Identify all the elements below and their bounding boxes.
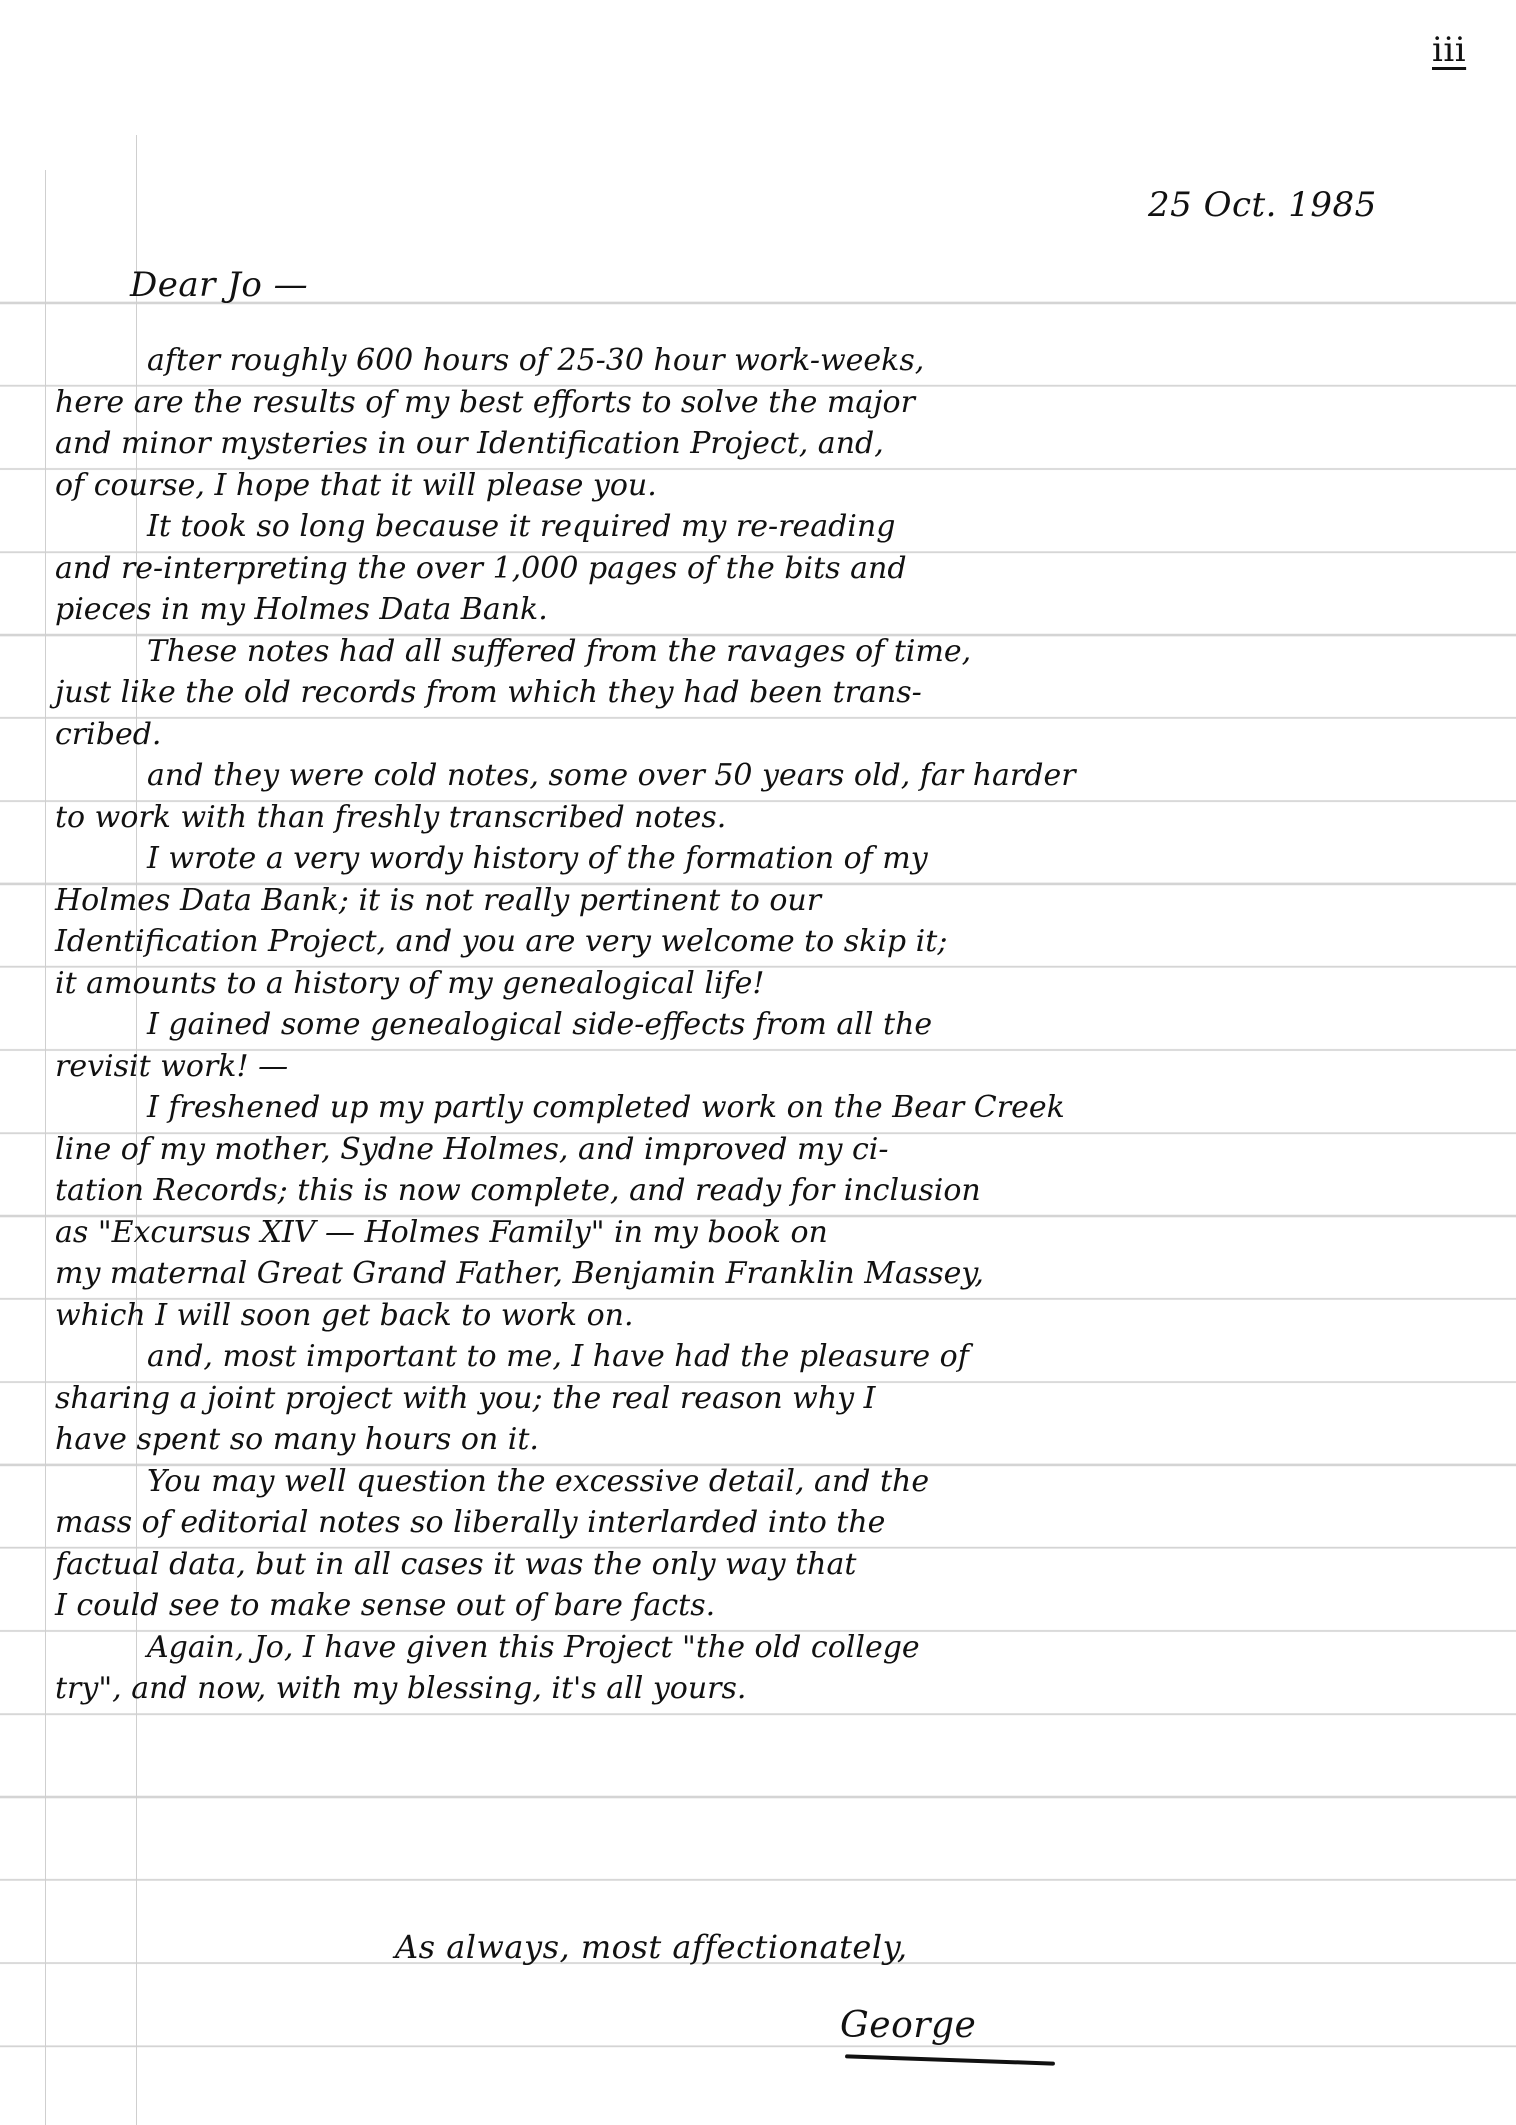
- letter-line: revisit work! —: [55, 1046, 1485, 1088]
- letter-line: which I will soon get back to work on.: [55, 1295, 1485, 1337]
- letter-line: It took so long because it required my r…: [55, 506, 1485, 548]
- letter-line: and minor mysteries in our Identificatio…: [55, 423, 1485, 465]
- letter-line: just like the old records from which the…: [55, 672, 1485, 714]
- page-number: iii: [1432, 30, 1466, 70]
- letter-line: and they were cold notes, some over 50 y…: [55, 755, 1485, 797]
- letter-line: Holmes Data Bank; it is not really perti…: [55, 880, 1485, 922]
- letter-line: You may well question the excessive deta…: [55, 1461, 1485, 1503]
- signature: George: [840, 2005, 976, 2046]
- letter-line: These notes had all suffered from the ra…: [55, 631, 1485, 673]
- letter-line: Identification Project, and you are very…: [55, 921, 1485, 963]
- letter-line: Again, Jo, I have given this Project "th…: [55, 1627, 1485, 1669]
- letter-line: pieces in my Holmes Data Bank.: [55, 589, 1485, 631]
- letter-line: it amounts to a history of my genealogic…: [55, 963, 1485, 1005]
- letter-line: as "Excursus XIV — Holmes Family" in my …: [55, 1212, 1485, 1254]
- closing: As always, most affectionately,: [395, 1928, 908, 1966]
- letter-line: sharing a joint project with you; the re…: [55, 1378, 1485, 1420]
- letter-line: I wrote a very wordy history of the form…: [55, 838, 1485, 880]
- signature-underline: [845, 2054, 1055, 2065]
- letter-line: I could see to make sense out of bare fa…: [55, 1585, 1485, 1627]
- letter-line: and, most important to me, I have had th…: [55, 1336, 1485, 1378]
- letter-line: try", and now, with my blessing, it's al…: [55, 1668, 1485, 1710]
- letter-line: after roughly 600 hours of 25-30 hour wo…: [55, 340, 1485, 382]
- letter-line: I gained some genealogical side-effects …: [55, 1004, 1485, 1046]
- letter-line: my maternal Great Grand Father, Benjamin…: [55, 1253, 1485, 1295]
- letter-line: here are the results of my best efforts …: [55, 382, 1485, 424]
- letter-body: after roughly 600 hours of 25-30 hour wo…: [55, 340, 1485, 1710]
- letter-date: 25 Oct. 1985: [1148, 185, 1377, 225]
- letter-line: to work with than freshly transcribed no…: [55, 797, 1485, 839]
- letter-line: of course, I hope that it will please yo…: [55, 465, 1485, 507]
- letter-line: line of my mother, Sydne Holmes, and imp…: [55, 1129, 1485, 1171]
- outer-margin-rule: [45, 170, 46, 2125]
- letter-line: and re-interpreting the over 1,000 pages…: [55, 548, 1485, 590]
- letter-line: I freshened up my partly completed work …: [55, 1087, 1485, 1129]
- letter-line: factual data, but in all cases it was th…: [55, 1544, 1485, 1586]
- salutation: Dear Jo —: [130, 265, 308, 305]
- letter-line: have spent so many hours on it.: [55, 1419, 1485, 1461]
- letter-line: mass of editorial notes so liberally int…: [55, 1502, 1485, 1544]
- ruled-letter-page: iii 25 Oct. 1985 Dear Jo — after roughly…: [0, 0, 1516, 2125]
- letter-line: cribed.: [55, 714, 1485, 756]
- letter-line: tation Records; this is now complete, an…: [55, 1170, 1485, 1212]
